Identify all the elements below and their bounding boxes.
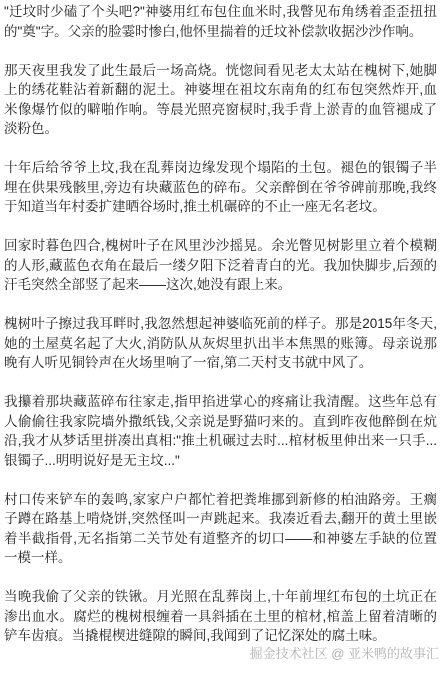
watermark: 掘金技术社区 @ 亚米鸭的故事汇: [250, 646, 439, 662]
story-paragraph-6: 我攥着那块藏蓝碎布往家走,指甲掐进掌心的疼痛让我清醒。这些年总有人偷偷往我家院墙…: [4, 392, 437, 470]
story-paragraph-3: 十年后给爷爷上坟,我在乱葬岗边缘发现个塌陷的土包。褪色的银镯子半埋在供果残骸里,…: [4, 158, 437, 217]
story-paragraph-4: 回家时暮色四合,槐树叶子在风里沙沙摇晃。余光瞥见树影里立着个模糊的人形,藏蓝色衣…: [4, 236, 437, 295]
story-page: "迁坟时少磕了个头吧?"神婆用红布包住血米时,我瞥见布角绣着歪歪扭扭的"奠"字。…: [0, 0, 441, 678]
story-paragraph-8: 当晚我偷了父亲的铁锹。月光照在乱葬岗上,十年前埋红布包的土坑正在渗出血水。腐烂的…: [4, 587, 437, 646]
story-paragraph-1: "迁坟时少磕了个头吧?"神婆用红布包住血米时,我瞥见布角绣着歪歪扭扭的"奠"字。…: [4, 2, 437, 41]
story-paragraph-5: 槐树叶子擦过我耳畔时,我忽然想起神婆临死前的样子。那是2015年冬天,她的土屋莫…: [4, 314, 437, 373]
story-paragraph-7: 村口传来铲车的轰鸣,家家户户都忙着把粪堆挪到新修的柏油路旁。王瘸子蹲在路基上啃烧…: [4, 490, 437, 568]
story-paragraph-2: 那天夜里我发了此生最后一场高烧。恍惚间看见老太太站在槐树下,她脚上的绣花鞋沾着新…: [4, 61, 437, 139]
